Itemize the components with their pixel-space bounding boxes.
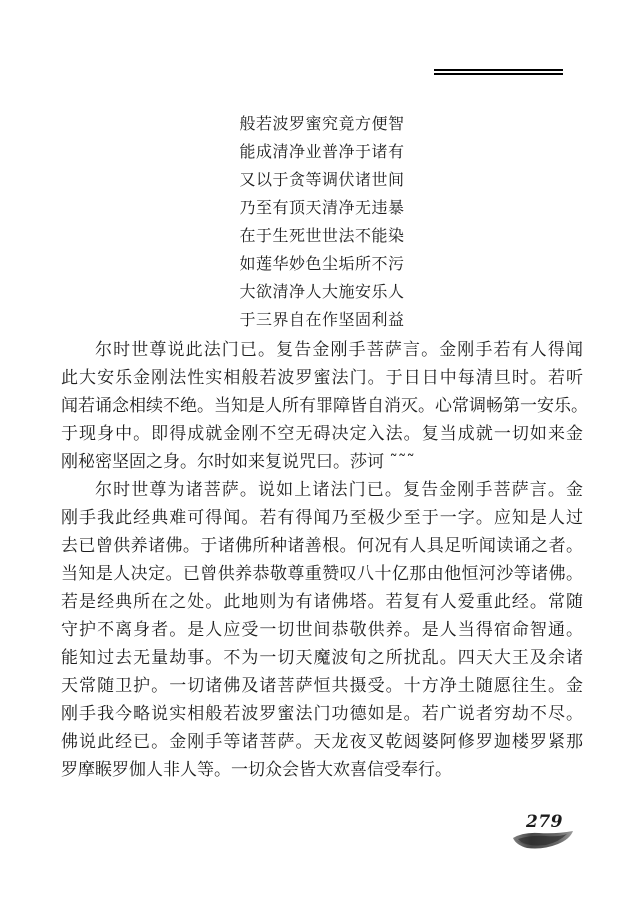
- text-line: 守护不离身者。是人应受一切世间恭敬供养。是人当得宿命智通。: [61, 616, 583, 644]
- text-line: 于现身中。即得成就金刚不空无碍决定入法。复当成就一切如来金: [61, 420, 583, 448]
- text-line: 此大安乐金刚法性实相般若波罗蜜法门。于日日中每清旦时。若听: [61, 364, 583, 392]
- text-line: 佛说此经已。金刚手等诸菩萨。天龙夜叉乾闼婆阿修罗迦楼罗紧那: [61, 728, 583, 756]
- paragraph-1: 尔时世尊说此法门已。复告金刚手菩萨言。金刚手若有人得闻 此大安乐金刚法性实相般若…: [61, 336, 583, 476]
- verse-line: 大欲清净人大施安乐人: [61, 278, 583, 306]
- text-line: 罗摩睺罗伽人非人等。一切众会皆大欢喜信受奉行。: [61, 756, 583, 784]
- text-line: 尔时世尊说此法门已。复告金刚手菩萨言。金刚手若有人得闻: [61, 336, 583, 364]
- text-line: 能知过去无量劫事。不为一切天魔波旬之所扰乱。四天大王及余诸: [61, 644, 583, 672]
- verse-line: 能成清净业普净于诸有: [61, 138, 583, 166]
- verse-line: 于三界自在作坚固利益: [61, 306, 583, 334]
- page-number: 279: [526, 812, 560, 832]
- text-line: 闻若诵念相续不绝。当知是人所有罪障皆自消灭。心常调畅第一安乐。: [61, 392, 583, 420]
- verse-line: 又以于贪等调伏诸世间: [61, 166, 583, 194]
- text-line: 去已曾供养诸佛。于诸佛所种诸善根。何况有人具足听闻读诵之者。: [61, 532, 583, 560]
- text-line: 天常随卫护。一切诸佛及诸菩萨恒共摄受。十方净土随愿往生。金: [61, 672, 583, 700]
- text-line: 刚手我今略说实相般若波罗蜜法门功德如是。若广说者穷劫不尽。: [61, 700, 583, 728]
- text-line: 刚秘密坚固之身。尔时如来复说咒曰。莎诃 ˜˜˜: [61, 448, 583, 476]
- verse-line: 在于生死世世法不能染: [61, 222, 583, 250]
- verse-block: 般若波罗蜜究竟方便智 能成清净业普净于诸有 又以于贪等调伏诸世间 乃至有顶天清净…: [61, 110, 583, 334]
- ink-brush-stroke-decoration: [511, 830, 575, 852]
- text-line: 刚手我此经典难可得闻。若有得闻乃至极少至于一字。应知是人过: [61, 504, 583, 532]
- text-line: 当知是人决定。已曾供养恭敬尊重赞叹八十亿那由他恒河沙等诸佛。: [61, 560, 583, 588]
- verse-line: 乃至有顶天清净无违暴: [61, 194, 583, 222]
- verse-line: 如莲华妙色尘垢所不污: [61, 250, 583, 278]
- double-rule-divider: [434, 69, 563, 75]
- paragraph-2: 尔时世尊为诸菩萨。说如上诸法门已。复告金刚手菩萨言。金 刚手我此经典难可得闻。若…: [61, 476, 583, 784]
- verse-line: 般若波罗蜜究竟方便智: [61, 110, 583, 138]
- text-line: 若是经典所在之处。此地则为有诸佛塔。若复有人爱重此经。常随: [61, 588, 583, 616]
- text-line: 尔时世尊为诸菩萨。说如上诸法门已。复告金刚手菩萨言。金: [61, 476, 583, 504]
- book-page: 般若波罗蜜究竟方便智 能成清净业普净于诸有 又以于贪等调伏诸世间 乃至有顶天清净…: [0, 0, 643, 907]
